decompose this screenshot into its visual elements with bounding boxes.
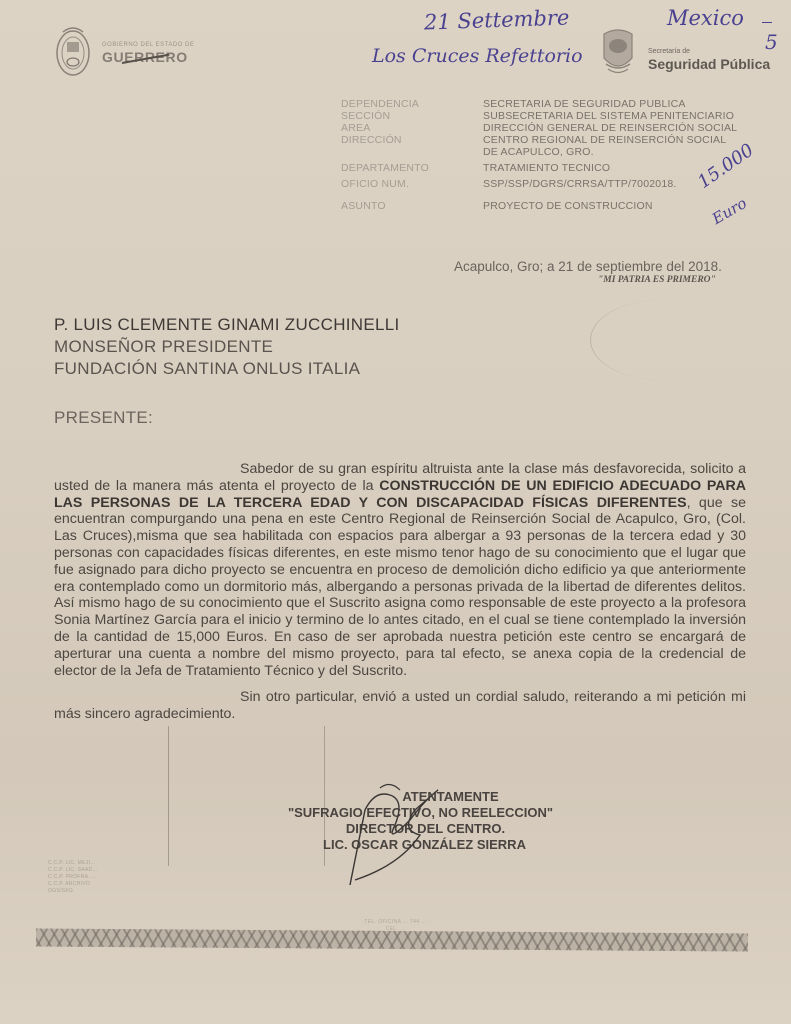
date-line: Acapulco, Gro; a 21 de septiembre del 20… [454,259,722,274]
decorative-pattern-band [36,929,748,952]
header-labels: DEPENDENCIA SECCIÓN AREA DIRECCIÓN DEPAR… [341,98,429,212]
header-values: SECRETARIA DE SEGURIDAD PUBLICA SUBSECRE… [483,98,737,212]
paper-fold-mark [590,300,731,380]
body-p1-details: , que se encuentran compurgando una pena… [54,495,746,679]
label-asunto: ASUNTO [341,200,429,212]
value-asunto: PROYECTO DE CONSTRUCCION [483,200,737,212]
addressee-organization: FUNDACIÓN SANTINA ONLUS ITALIA [54,358,400,380]
label-oficio: OFICIO NUM. [341,178,429,200]
label-area: AREA [341,122,429,134]
letter-page: GOBIERNO DEL ESTADO DE GUERRERO Secretar… [0,0,791,1024]
value-direccion: CENTRO REGIONAL DE REINSERCIÓN SOCIAL [483,134,737,146]
value-oficio: SSP/SSP/DGRS/CRRSA/TTP/7002018. [483,178,737,200]
addressee-name: P. LUIS CLEMENTE GINAMI ZUCCHINELLI [54,314,400,336]
value-seccion: SUBSECRETARIA DEL SISTEMA PENITENCIARIO [483,110,737,122]
handwritten-page-number: 5 [765,30,778,54]
cc-line: C.C.P. ARCHIVO [48,881,98,888]
cc-line: C.C.P. PROFRA. ... [48,874,98,881]
handwritten-place: Los Cruces Refettorio [372,45,583,67]
label-departamento: DEPARTAMENTO [341,162,429,178]
body-paragraph-1: Sabedor de su gran espíritu altruista an… [54,461,746,679]
value-area: DIRECCIÓN GENERAL DE REINSERCIÓN SOCIAL [483,122,737,134]
value-dependencia: SECRETARIA DE SEGURIDAD PUBLICA [483,98,737,110]
addressee-title: MONSEÑOR PRESIDENTE [54,336,400,358]
label-seccion: SECCIÓN [341,110,429,122]
handwritten-signature-icon [320,770,460,890]
label-dependencia: DEPENDENCIA [341,98,429,110]
cc-line: C.C.P. LIC. MEJI... [48,860,98,867]
addressee-block: P. LUIS CLEMENTE GINAMI ZUCCHINELLI MONS… [54,314,400,380]
ssp-logo-text: Seguridad Pública [648,56,770,72]
ssp-crest-icon [598,24,638,78]
footer-phone: TEL. OFICINA ... 744 ... [0,919,791,926]
handwritten-dash [762,22,772,23]
gov-state-label: GOBIERNO DEL ESTADO DE [102,42,194,48]
cc-initials: OGS/SKG [48,888,98,895]
cc-list: C.C.P. LIC. MEJI... C.C.P. LIC. SAAD... … [48,860,98,895]
motto: "MI PATRIA ES PRIMERO" [598,275,716,285]
salutation: PRESENTE: [54,408,153,428]
state-crest-icon [54,24,92,78]
handwritten-date: 21 Settembre [424,5,570,34]
label-direccion: DIRECCIÓN [341,134,429,146]
body-paragraph-2: Sin otro particular, envió a usted un co… [54,689,746,723]
value-departamento: TRATAMIENTO TECNICO [483,162,737,178]
handwritten-country: Mexico [667,6,744,30]
value-direccion-cont: DE ACAPULCO, GRO. [483,146,737,162]
ssp-small-label: Secretaría de [648,48,690,55]
cc-line: C.C.P. LIC. SAAD... [48,867,98,874]
letter-body: Sabedor de su gran espíritu altruista an… [54,461,746,723]
